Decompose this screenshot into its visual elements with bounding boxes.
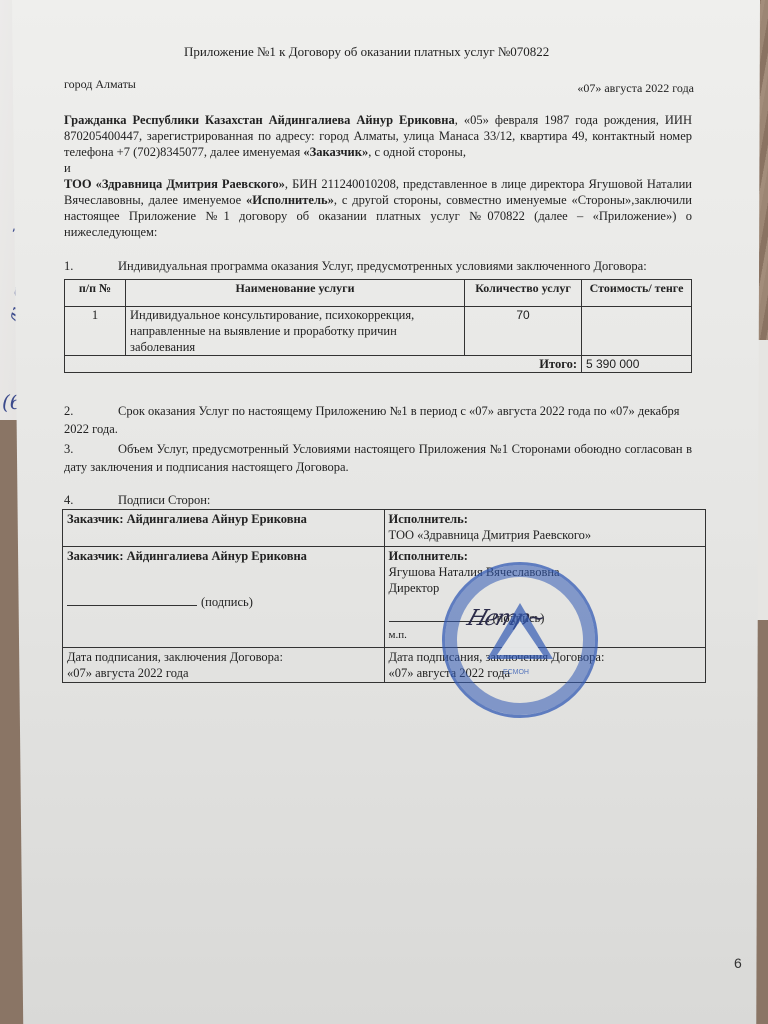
signatures-row-signing: Заказчик: Айдингалиева Айнур Ериковна (п… [63, 547, 706, 648]
signature-hint: (подпись) [201, 595, 253, 609]
customer-signature-line [67, 605, 197, 606]
customer-name: Гражданка Республики Казахстан Айдингали… [64, 113, 455, 127]
services-table: п/п № Наименование услуги Количество усл… [64, 279, 692, 373]
clause-number: 3. [64, 440, 118, 458]
signatures-table: Заказчик: Айдингалиева Айнур Ериковна Ис… [62, 509, 706, 683]
clause-1: 1.Индивидуальная программа оказания Услу… [64, 258, 692, 274]
document-date: «07» августа 2022 года [577, 80, 694, 96]
clause-number: 1. [64, 258, 118, 274]
signatures-row-dates: Дата подписания, заключения Договора: «0… [63, 648, 706, 683]
clause-text: Индивидуальная программа оказания Услуг,… [118, 259, 647, 273]
customer-role: «Заказчик» [303, 145, 368, 159]
clause-4: 4.Подписи Сторон: [64, 492, 692, 508]
executor-position: Директор [389, 581, 440, 595]
date-value: «07» августа 2022 года [67, 666, 189, 680]
total-value: 5 390 000 [582, 356, 692, 373]
executor-cell: Исполнитель: ТОО «Здравница Дмитрия Раев… [384, 510, 706, 547]
table-header-row: п/п № Наименование услуги Количество усл… [65, 280, 692, 307]
clause-2: 2.Срок оказания Услуг по настоящему Прил… [64, 402, 692, 438]
date-label: Дата подписания, заключения Договора: [389, 650, 605, 664]
table-total-row: Итого: 5 390 000 [65, 356, 692, 373]
table-row: 1 Индивидуальное консультирование, психо… [65, 307, 692, 356]
executor-sign-cell: Исполнитель: Ягушова Наталия Вячеславовн… [384, 547, 706, 648]
executor-org-name: ТОО «Здравница Дмитрия Раевского» [389, 528, 592, 542]
executor-role: «Исполнитель» [246, 193, 334, 207]
parties-paragraph: Гражданка Республики Казахстан Айдингали… [64, 112, 692, 240]
date-label: Дата подписания, заключения Договора: [67, 650, 283, 664]
customer-cell: Заказчик: Айдингалиева Айнур Ериковна [63, 510, 385, 547]
document-city: город Алматы [64, 76, 136, 92]
clause-text: Объем Услуг, предусмотренный Условиями н… [64, 442, 692, 474]
document-title: Приложение №1 к Договору об оказании пла… [184, 44, 604, 60]
executor-name: ТОО «Здравница Дмитрия Раевского» [64, 177, 285, 191]
header-service: Наименование услуги [126, 280, 465, 307]
executor-person: Ягушова Наталия Вячеславовна [389, 565, 560, 579]
clause-text: Подписи Сторон: [118, 493, 210, 507]
clause-number: 4. [64, 492, 118, 508]
seal-label: м.п. [389, 629, 407, 641]
customer-date-cell: Дата подписания, заключения Договора: «0… [63, 648, 385, 683]
conjunction: и [64, 161, 71, 175]
row-num: 1 [65, 307, 126, 356]
header-cost: Стоимость/ тенге [582, 280, 692, 307]
executor-label: Исполнитель: [389, 512, 468, 526]
date-value: «07» августа 2022 года [389, 666, 511, 680]
clause-text: Срок оказания Услуг по настоящему Прилож… [64, 404, 680, 436]
total-label: Итого: [65, 356, 582, 373]
clause-number: 2. [64, 402, 118, 420]
customer-label: Заказчик: Айдингалиева Айнур Ериковна [67, 512, 307, 526]
page-number: 6 [734, 955, 742, 971]
clause-3: 3.Объем Услуг, предусмотренный Условиями… [64, 440, 692, 476]
row-service-name: Индивидуальное консультирование, психоко… [126, 307, 465, 356]
customer-label: Заказчик: Айдингалиева Айнур Ериковна [67, 549, 307, 563]
row-qty: 70 [465, 307, 582, 356]
header-num: п/п № [65, 280, 126, 307]
handwritten-signature: Нетр~ [464, 606, 548, 631]
customer-sign-cell: Заказчик: Айдингалиева Айнур Ериковна (п… [63, 547, 385, 648]
signatures-row-parties: Заказчик: Айдингалиева Айнур Ериковна Ис… [63, 510, 706, 547]
customer-details-end: , с одной стороны, [368, 145, 466, 159]
executor-date-cell: Дата подписания, заключения Договора: «0… [384, 648, 706, 683]
header-qty: Количество услуг [465, 280, 582, 307]
executor-label: Исполнитель: [389, 549, 468, 563]
row-cost [582, 307, 692, 356]
